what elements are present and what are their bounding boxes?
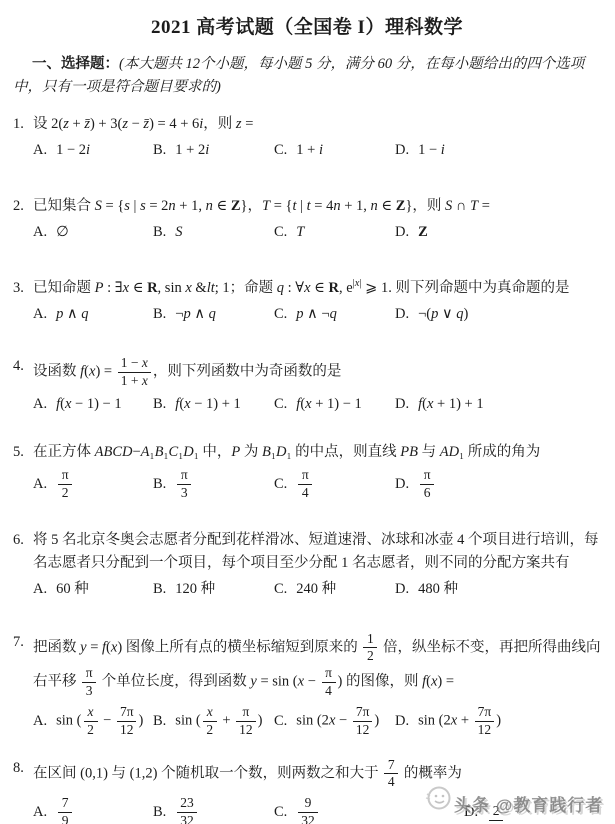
option: C.p ∧ ¬q: [274, 303, 395, 325]
math-run: (0,1): [80, 765, 108, 781]
text-run: 在正方体: [33, 444, 95, 460]
fraction-numerator: 7π: [353, 705, 373, 721]
question-number: 8.: [13, 757, 33, 824]
option-label: A.: [33, 142, 47, 158]
fraction-numerator: x: [85, 705, 97, 721]
fraction-denominator: 6: [420, 484, 434, 501]
question: 8.在区间 (0,1) 与 (1,2) 个随机取一个数，则两数之和大于 74 的…: [13, 757, 601, 824]
text-run: sin: [56, 713, 77, 729]
fraction-denominator: 32: [177, 812, 197, 824]
text-run: 已知集合: [33, 198, 95, 214]
text-run: 设函数: [33, 363, 80, 379]
question-number: 1.: [13, 113, 33, 162]
options-row: A.f(x − 1) − 1B.f(x − 1) + 1C.f(x + 1) −…: [33, 393, 601, 415]
math-run: ¬p ∧ q: [175, 306, 216, 322]
text-run: 已知命题: [33, 280, 95, 296]
option: C.T: [274, 221, 395, 243]
option-label: D.: [395, 396, 409, 412]
math-run: T: [296, 224, 304, 240]
option-label: B.: [153, 306, 166, 322]
math-run: f(x − 1) − 1: [56, 396, 122, 412]
question-body: 已知集合 S = {s | s = 2n + 1, n ∈ Z}，T = {t …: [33, 195, 601, 244]
option-label: B.: [153, 713, 166, 729]
section-label: 一、选择题：: [32, 56, 119, 72]
text-run: 120 种: [175, 581, 215, 597]
option: D.f(x + 1) + 1: [395, 393, 601, 415]
text-run: 与: [108, 765, 130, 781]
fraction-numerator: 7: [385, 758, 398, 774]
option: C.932: [274, 795, 464, 824]
text-run: sin: [165, 280, 186, 296]
math-run: 1 + i: [296, 142, 323, 158]
text-run: 480 种: [418, 581, 458, 597]
math-bold-set-symbol: Z: [231, 198, 241, 214]
math-run: ⩾ 1.: [362, 280, 392, 296]
math-run: (x −: [293, 674, 320, 690]
text-run: 设: [33, 116, 51, 132]
math-run: +: [219, 713, 234, 729]
math-run: P : ∃x ∈: [95, 280, 147, 296]
fraction: 12: [363, 632, 377, 665]
math-run: ¬(p ∨ q): [418, 306, 468, 322]
text-run: 将 5 名北京冬奥会志愿者分配到花样滑冰、短道速滑、冰球和冰壶 4 个项目进行培…: [33, 532, 599, 570]
question-stem: 把函数 y = f(x) 图像上所有点的横坐标缩短到原来的 12 倍，纵坐标不变…: [33, 631, 601, 700]
math-run: (2x −: [317, 713, 351, 729]
options-row: A.sin (x2 − 7π12)B.sin (x2 + π12)C.sin (…: [33, 704, 601, 739]
option: B.sin (x2 + π12): [153, 704, 274, 739]
question-stem: 将 5 名北京冬奥会志愿者分配到花样滑冰、短道速滑、冰球和冰壶 4 个项目进行培…: [33, 529, 601, 574]
fraction-denominator: 2: [363, 647, 377, 664]
fraction-denominator: 2: [203, 721, 217, 738]
text-run: 为: [240, 444, 262, 460]
options-row: A.π2B.π3C.π4D.π6: [33, 467, 601, 502]
option-label: B.: [153, 476, 166, 492]
math-run: PB: [400, 444, 418, 460]
fraction-numerator: π: [83, 666, 96, 682]
option-label: C.: [274, 713, 287, 729]
math-run: S: [175, 224, 182, 240]
text-run: 则下列命题中为真命题的是: [392, 280, 570, 296]
question-body: 设函数 f(x) = 1 − x1 + x，则下列函数中为奇函数的是A.f(x …: [33, 355, 601, 416]
text-run: 的中点，则直线: [292, 444, 401, 460]
text-run: 个单位长度，得到函数: [98, 674, 250, 690]
option: A.π2: [33, 467, 153, 502]
fraction: 7π12: [353, 705, 373, 738]
math-run: (1,2): [130, 765, 158, 781]
math-run: f(x) =: [80, 363, 116, 379]
option: C.f(x + 1) − 1: [274, 393, 395, 415]
fraction-denominator: 12: [236, 721, 256, 738]
option-label: A.: [33, 396, 47, 412]
exam-page: 2021 高考试题（全国卷 I）理科数学 一、选择题：(本大题共 12个小题，每…: [0, 0, 615, 824]
fraction: π3: [177, 468, 191, 501]
fraction: 7π12: [475, 705, 495, 738]
math-bold-set-symbol: Z: [418, 224, 428, 240]
text-run: 与: [418, 444, 440, 460]
question-number: 6.: [13, 529, 33, 600]
fraction: π2: [58, 468, 72, 501]
question: 4.设函数 f(x) = 1 − x1 + x，则下列函数中为奇函数的是A.f(…: [13, 355, 601, 416]
text-run: ，: [247, 198, 262, 214]
fraction-numerator: 2: [490, 804, 503, 820]
math-run: (: [196, 713, 201, 729]
math-run: (: [77, 713, 82, 729]
option: A.p ∧ q: [33, 303, 153, 325]
question-number: 3.: [13, 277, 33, 326]
fraction-numerator: 23: [177, 796, 197, 812]
text-run: sin: [418, 713, 439, 729]
option-label: A.: [33, 306, 47, 322]
text-run: 个随机取一个数，则两数之和大于: [157, 765, 382, 781]
fraction-numerator: π: [178, 468, 191, 484]
fraction-denominator: 9: [58, 812, 72, 824]
question: 1.设 2(z + z̄) + 3(z − z̄) = 4 + 6i，则 z =…: [13, 113, 601, 162]
math-bold-set-symbol: R: [328, 280, 338, 296]
math-run: 1 − i: [418, 142, 445, 158]
fraction-numerator: 1 − x: [118, 356, 151, 372]
math-run: z =: [236, 116, 253, 132]
math-superscript-run: e|x|: [346, 280, 361, 296]
math-run: ): [496, 713, 501, 729]
option-label: D.: [395, 713, 409, 729]
question: 7.把函数 y = f(x) 图像上所有点的横坐标缩短到原来的 12 倍，纵坐标…: [13, 631, 601, 739]
option: A.60 种: [33, 578, 153, 600]
fraction-denominator: 12: [475, 721, 495, 738]
options-row: A.79B.2332C.932D.2: [33, 795, 601, 824]
fraction: 79: [58, 796, 72, 824]
option: B.S: [153, 221, 274, 243]
fraction: π4: [298, 468, 312, 501]
fraction: x2: [84, 705, 98, 738]
option: D.480 种: [395, 578, 601, 600]
fraction-denominator: 4: [298, 484, 312, 501]
fraction-numerator: 7: [59, 796, 72, 812]
option-label: A.: [33, 804, 47, 820]
math-run: P: [231, 444, 240, 460]
option: D.1 − i: [395, 139, 601, 161]
text-run: sin: [272, 674, 293, 690]
question: 6.将 5 名北京冬奥会志愿者分配到花样滑冰、短道速滑、冰球和冰壶 4 个项目进…: [13, 529, 601, 600]
option-label: C.: [274, 306, 287, 322]
math-run: S = {s | s = 2n + 1, n ∈: [95, 198, 231, 214]
math-run: p ∧ q: [56, 306, 88, 322]
question-number: 2.: [13, 195, 33, 244]
question-stem: 在正方体 ABCD−A₁B₁C₁D₁ 中，P 为 B₁D₁ 的中点，则直线 PB…: [33, 441, 601, 463]
fraction: 7π12: [117, 705, 137, 738]
option-label: A.: [33, 713, 47, 729]
option: C.π4: [274, 467, 395, 502]
fraction-numerator: 7π: [117, 705, 137, 721]
question-stem: 设 2(z + z̄) + 3(z − z̄) = 4 + 6i，则 z =: [33, 113, 601, 135]
math-run: −: [100, 713, 115, 729]
option-label: B.: [153, 142, 166, 158]
question: 3.已知命题 P : ∃x ∈ R, sin x &lt; 1；命题 q : ∀…: [13, 277, 601, 326]
option-label: D.: [395, 224, 409, 240]
question-number: 4.: [13, 355, 33, 416]
math-run: f(x − 1) + 1: [175, 396, 241, 412]
option-label: C.: [274, 804, 287, 820]
option: A.sin (x2 − 7π12): [33, 704, 153, 739]
text-run: sin: [175, 713, 196, 729]
math-bold-set-symbol: Z: [396, 198, 406, 214]
option-label: C.: [274, 142, 287, 158]
option-label: A.: [33, 476, 47, 492]
option-label: B.: [153, 224, 166, 240]
math-run: x &lt; 1: [185, 280, 229, 296]
option: D.2: [464, 801, 601, 823]
fraction: x2: [203, 705, 217, 738]
question-body: 已知命题 P : ∃x ∈ R, sin x &lt; 1；命题 q : ∀x …: [33, 277, 601, 326]
math-run: ABCD−A₁B₁C₁D₁: [95, 444, 199, 460]
math-run: ): [139, 713, 144, 729]
fraction: π12: [236, 705, 256, 738]
option: A.1 − 2i: [33, 139, 153, 161]
fraction-numerator: π: [421, 468, 434, 484]
fraction-denominator: 3: [82, 682, 96, 699]
option: D.π6: [395, 467, 601, 502]
math-run: 1 − 2i: [56, 142, 90, 158]
option: B.f(x − 1) + 1: [153, 393, 274, 415]
question-body: 设 2(z + z̄) + 3(z − z̄) = 4 + 6i，则 z =A.…: [33, 113, 601, 162]
option-label: C.: [274, 224, 287, 240]
option: B.¬p ∧ q: [153, 303, 274, 325]
text-run: 图像上所有点的横坐标缩短到原来的: [122, 639, 361, 655]
fraction: 932: [298, 796, 318, 824]
option-label: A.: [33, 224, 47, 240]
option-label: C.: [274, 396, 287, 412]
option-label: B.: [153, 804, 166, 820]
option: C.1 + i: [274, 139, 395, 161]
math-run: ,: [158, 280, 165, 296]
superscript: |x|: [353, 278, 362, 289]
fraction-denominator: 2: [58, 484, 72, 501]
text-run: ，则: [203, 116, 236, 132]
fraction-numerator: 1: [364, 632, 377, 648]
math-run: ∅: [56, 224, 69, 240]
fraction: π3: [82, 666, 96, 699]
option: D.sin (2x + 7π12): [395, 704, 601, 739]
fraction: 2: [489, 804, 503, 822]
fraction: 2332: [177, 796, 197, 824]
fraction-denominator: 32: [298, 812, 318, 824]
question-body: 在区间 (0,1) 与 (1,2) 个随机取一个数，则两数之和大于 74 的概率…: [33, 757, 601, 824]
math-run: T = {t | t = 4n + 1, n ∈: [262, 198, 396, 214]
option-label: B.: [153, 581, 166, 597]
math-run: ): [258, 713, 263, 729]
math-run: AD₁: [440, 444, 464, 460]
text-run: 所成的角为: [464, 444, 540, 460]
question-number: 5.: [13, 441, 33, 502]
math-run: q : ∀x ∈: [277, 280, 329, 296]
option-label: C.: [274, 476, 287, 492]
options-row: A.∅B.SC.TD.Z: [33, 221, 601, 243]
fraction: 1 − x1 + x: [118, 356, 151, 389]
option: D.¬(p ∨ q): [395, 303, 601, 325]
fraction: 74: [384, 758, 398, 791]
math-run: B₁D₁: [262, 444, 291, 460]
text-run: ，则下列函数中为奇函数的是: [153, 363, 342, 379]
math-run: f(x + 1) − 1: [296, 396, 362, 412]
options-row: A.1 − 2iB.1 + 2iC.1 + iD.1 − i: [33, 139, 601, 161]
fraction-numerator: π: [239, 705, 252, 721]
math-run: f(x + 1) + 1: [418, 396, 484, 412]
text-run: 中，: [199, 444, 232, 460]
text-run: 60 种: [56, 581, 89, 597]
text-run: ；命题: [230, 280, 277, 296]
section-header: 一、选择题：(本大题共 12个小题，每小题 5 分，满分 60 分，在每小题给出…: [13, 53, 601, 100]
option-label: D.: [464, 804, 478, 820]
option-label: C.: [274, 581, 287, 597]
fraction-denominator: 12: [117, 721, 137, 738]
text-run: 的概率为: [400, 765, 462, 781]
options-row: A.60 种B.120 种C.240 种D.480 种: [33, 578, 601, 600]
fraction-denominator: 3: [177, 484, 191, 501]
fraction-denominator: 1 + x: [118, 372, 151, 389]
option: A.f(x − 1) − 1: [33, 393, 153, 415]
fraction: π6: [420, 468, 434, 501]
fraction-numerator: 7π: [475, 705, 495, 721]
fraction-denominator: 2: [84, 721, 98, 738]
question-stem: 在区间 (0,1) 与 (1,2) 个随机取一个数，则两数之和大于 74 的概率…: [33, 757, 601, 792]
option: C.sin (2x − 7π12): [274, 704, 395, 739]
text-run: 的图像，则: [342, 674, 422, 690]
math-run: 1 + 2i: [175, 142, 209, 158]
question-stem: 设函数 f(x) = 1 − x1 + x，则下列函数中为奇函数的是: [33, 355, 601, 390]
fraction-numerator: π: [59, 468, 72, 484]
math-run: p ∧ ¬q: [296, 306, 337, 322]
fraction-denominator: 12: [353, 721, 373, 738]
question-stem: 已知命题 P : ∃x ∈ R, sin x &lt; 1；命题 q : ∀x …: [33, 277, 601, 299]
math-run: ): [374, 713, 379, 729]
option-label: A.: [33, 581, 47, 597]
text-run: 在区间: [33, 765, 80, 781]
option: B.2332: [153, 795, 274, 824]
fraction-numerator: π: [299, 468, 312, 484]
option: D.Z: [395, 221, 601, 243]
option-label: D.: [395, 306, 409, 322]
option-label: D.: [395, 476, 409, 492]
questions-list: 1.设 2(z + z̄) + 3(z − z̄) = 4 + 6i，则 z =…: [13, 113, 601, 824]
fraction: π4: [322, 666, 336, 699]
page-title: 2021 高考试题（全国卷 I）理科数学: [13, 12, 601, 39]
question-stem: 已知集合 S = {s | s = 2n + 1, n ∈ Z}，T = {t …: [33, 195, 601, 217]
question: 5.在正方体 ABCD−A₁B₁C₁D₁ 中，P 为 B₁D₁ 的中点，则直线 …: [13, 441, 601, 502]
question: 2.已知集合 S = {s | s = 2n + 1, n ∈ Z}，T = {…: [13, 195, 601, 244]
option: C.240 种: [274, 578, 395, 600]
math-run: S ∩ T =: [445, 198, 490, 214]
fraction-numerator: x: [204, 705, 216, 721]
math-run: y = f(x): [80, 639, 122, 655]
math-run: y =: [250, 674, 272, 690]
math-run: f(x) =: [422, 674, 454, 690]
fraction-numerator: π: [322, 666, 335, 682]
text-run: sin: [296, 713, 317, 729]
question-body: 把函数 y = f(x) 图像上所有点的横坐标缩短到原来的 12 倍，纵坐标不变…: [33, 631, 601, 739]
fraction-denominator: [489, 820, 503, 822]
question-body: 将 5 名北京冬奥会志愿者分配到花样滑冰、短道速滑、冰球和冰壶 4 个项目进行培…: [33, 529, 601, 600]
option: B.1 + 2i: [153, 139, 274, 161]
fraction-numerator: 9: [302, 796, 315, 812]
text-run: 把函数: [33, 639, 80, 655]
option: B.120 种: [153, 578, 274, 600]
fraction-denominator: 4: [384, 773, 398, 790]
question-number: 7.: [13, 631, 33, 739]
math-run: 2(z + z̄) + 3(z − z̄) = 4 + 6i: [51, 116, 203, 132]
option-label: D.: [395, 581, 409, 597]
text-run: 240 种: [296, 581, 336, 597]
fraction-denominator: 4: [322, 682, 336, 699]
text-run: ，则: [412, 198, 445, 214]
question-body: 在正方体 ABCD−A₁B₁C₁D₁ 中，P 为 B₁D₁ 的中点，则直线 PB…: [33, 441, 601, 502]
math-bold-set-symbol: R: [147, 280, 157, 296]
option: B.π3: [153, 467, 274, 502]
option-label: B.: [153, 396, 166, 412]
options-row: A.p ∧ qB.¬p ∧ qC.p ∧ ¬qD.¬(p ∨ q): [33, 303, 601, 325]
option: A.∅: [33, 221, 153, 243]
option-label: D.: [395, 142, 409, 158]
option: A.79: [33, 795, 153, 824]
math-run: (2x +: [439, 713, 473, 729]
